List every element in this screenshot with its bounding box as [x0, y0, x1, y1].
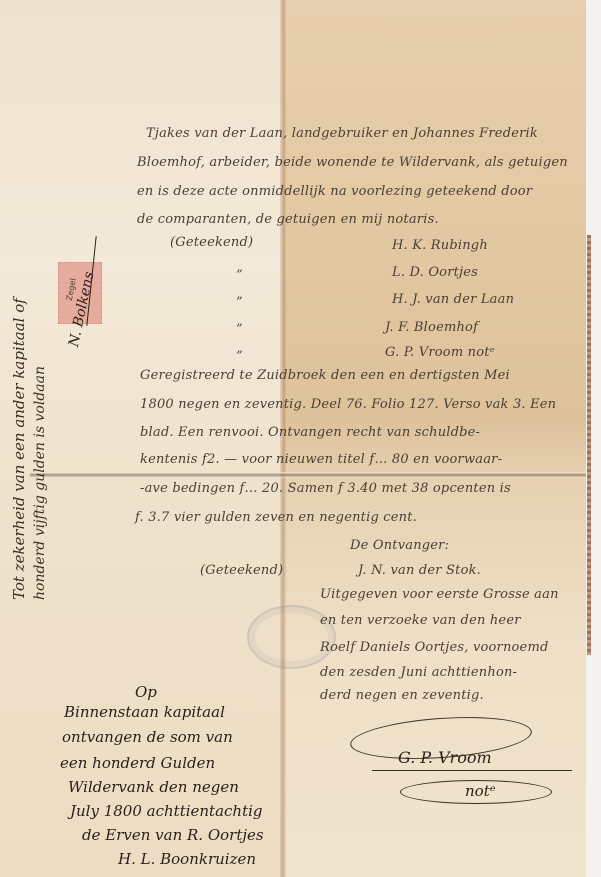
receipt-line-1: Op [135, 683, 157, 701]
registration-line-6: f. 3.7 vier gulden zeven en negentig cen… [135, 510, 417, 525]
receiver-signed-label: (Geteekend) [200, 563, 283, 578]
signatory-4: J. F. Bloemhof [385, 320, 478, 335]
receipt-line-2: Binnenstaan kapitaal [64, 703, 225, 721]
main-text-line-2: Bloemhof, arbeider, beide wonende te Wil… [137, 155, 568, 170]
registration-line-2: 1800 negen en zeventig. Deel 76. Folio 1… [140, 397, 556, 412]
ditto-mark-4: ” [236, 349, 243, 364]
issuance-line-3: Roelf Daniels Oortjes, voornoemd [320, 640, 549, 655]
main-text-line-1: Tjakes van der Laan, landgebruiker en Jo… [146, 126, 538, 141]
receipt-line-7: de Erven van R. Oortjes [82, 826, 264, 844]
ditto-mark-2: ” [236, 295, 243, 310]
notary-signature: G. P. Vroom [398, 748, 492, 767]
main-text-line-4: de comparanten, de getuigen en mij notar… [137, 212, 439, 227]
main-text-line-3: en is deze acte onmiddellijk na voorlezi… [137, 184, 532, 199]
receiver-name: J. N. van der Stok. [358, 563, 481, 578]
margin-note-line-1: Tot zekerheid van een ander kapitaal of [10, 298, 28, 600]
issuance-line-2: en ten verzoeke van den heer [320, 613, 521, 628]
ditto-mark-3: ” [236, 322, 243, 337]
signatory-5: G. P. Vroom notᵉ [385, 345, 495, 360]
registration-line-5: -ave bedingen f… 20. Samen f 3.40 met 38… [140, 481, 511, 496]
receipt-line-5: Wildervank den negen [68, 778, 239, 796]
horizontal-fold [30, 472, 588, 478]
receipt-line-6: July 1800 achttientachtig [70, 802, 263, 820]
signatory-2: L. D. Oortjes [392, 265, 478, 280]
receipt-line-8: H. L. Boonkruizen [118, 850, 256, 868]
ditto-mark-1: ” [236, 268, 243, 283]
signatory-3: H. J. van der Laan [392, 292, 514, 307]
receipt-line-3: ontvangen de som van [62, 728, 233, 746]
issuance-line-4: den zesden Juni achttienhon- [320, 665, 517, 680]
receipt-line-4: een honderd Gulden [60, 754, 215, 772]
signed-label: (Geteekend) [170, 235, 253, 250]
registration-line-1: Geregistreerd te Zuidbroek den een en de… [140, 368, 510, 383]
receiver-title: De Ontvanger: [350, 538, 449, 553]
notary-suffix: notᵉ [465, 782, 496, 800]
binding-thread [587, 235, 591, 655]
signatory-1: H. K. Rubingh [392, 238, 488, 253]
document-sheet: Tot zekerheid van een ander kapitaal of … [0, 0, 601, 877]
registration-line-4: kentenis f2. — voor nieuwen titel f… 80 … [140, 452, 502, 467]
issuance-line-5: derd negen en zeventig. [320, 688, 484, 703]
margin-note-line-2: honderd vijftig gulden is voldaan [32, 366, 48, 600]
registration-line-3: blad. Een renvooi. Ontvangen recht van s… [140, 425, 480, 440]
issuance-line-1: Uitgegeven voor eerste Grosse aan [320, 587, 559, 602]
signature-underline [372, 770, 572, 771]
